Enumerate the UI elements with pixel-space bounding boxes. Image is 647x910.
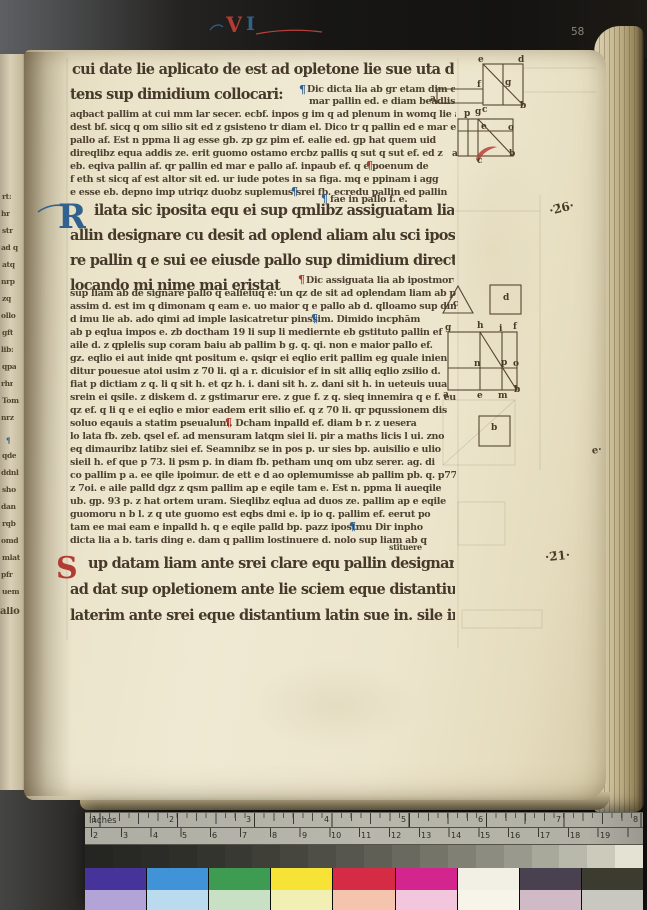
pastel-patch: [147, 890, 208, 910]
inch-number: 1: [92, 815, 97, 824]
inch-number: 3: [246, 815, 251, 824]
pastel-patch: [520, 890, 581, 910]
cm-number: 18: [570, 831, 580, 840]
inch-number: 6: [478, 815, 483, 824]
gray-step: [476, 845, 504, 868]
gray-step: [392, 845, 420, 868]
parchment-stain: [250, 660, 420, 750]
inch-number: 7: [556, 815, 561, 824]
color-patch: [333, 868, 394, 890]
cm-number: 7: [242, 831, 247, 840]
pastel-patch: [85, 890, 146, 910]
gray-step: [113, 845, 141, 868]
cm-number: 15: [480, 831, 490, 840]
gray-step: [336, 845, 364, 868]
manuscript-photo: 58 VIcui date lie aplicato de est ad opl…: [0, 0, 647, 910]
cm-number: 13: [421, 831, 431, 840]
cm-number: 11: [361, 831, 371, 840]
calibration-target: Inches 12345678 234567891011121314151617…: [85, 812, 643, 910]
gray-step: [252, 845, 280, 868]
inch-number: 5: [401, 815, 406, 824]
color-patch: [458, 868, 519, 890]
gray-step: [559, 845, 587, 868]
cm-number: 8: [272, 831, 277, 840]
gray-step: [169, 845, 197, 868]
gray-step: [504, 845, 532, 868]
book-gutter-shadow: [24, 52, 80, 796]
gray-step: [197, 845, 225, 868]
color-patch: [271, 868, 332, 890]
pastel-patch: [458, 890, 519, 910]
color-patch: [209, 868, 270, 890]
inch-number: 2: [169, 815, 174, 824]
cm-number: 5: [182, 831, 187, 840]
cm-number: 3: [123, 831, 128, 840]
gray-step: [280, 845, 308, 868]
cm-number: 19: [600, 831, 610, 840]
pastel-patch: [271, 890, 332, 910]
pastel-patch: [582, 890, 643, 910]
cm-number: 17: [540, 831, 550, 840]
facing-page-edge: [0, 54, 26, 790]
pastel-patch: [209, 890, 270, 910]
cm-number: 2: [93, 831, 98, 840]
cm-number: 6: [212, 831, 217, 840]
gray-step: [532, 845, 560, 868]
gray-step: [420, 845, 448, 868]
color-patch: [147, 868, 208, 890]
color-patch: [520, 868, 581, 890]
pastel-color-row: [85, 890, 643, 910]
inch-number: 4: [324, 815, 329, 824]
gray-step: [141, 845, 169, 868]
folio-number: 58: [571, 26, 584, 38]
grayscale-strip: [85, 845, 643, 868]
cm-number: 10: [331, 831, 341, 840]
pastel-patch: [396, 890, 457, 910]
cm-number: 9: [302, 831, 307, 840]
cm-number: 4: [153, 831, 158, 840]
gray-step: [308, 845, 336, 868]
parchment-stain: [430, 120, 550, 380]
cm-number: 14: [451, 831, 461, 840]
gray-step: [448, 845, 476, 868]
inch-number: 8: [633, 815, 638, 824]
gray-step: [615, 845, 643, 868]
saturated-color-row: [85, 868, 643, 890]
color-patch: [85, 868, 146, 890]
gray-step: [364, 845, 392, 868]
gray-step: [225, 845, 253, 868]
color-patch: [396, 868, 457, 890]
gray-step: [587, 845, 615, 868]
inch-ruler: Inches 12345678 234567891011121314151617…: [85, 812, 643, 845]
cm-number: 16: [510, 831, 520, 840]
color-patch: [582, 868, 643, 890]
pastel-patch: [333, 890, 394, 910]
gray-step: [85, 845, 113, 868]
cm-number: 12: [391, 831, 401, 840]
